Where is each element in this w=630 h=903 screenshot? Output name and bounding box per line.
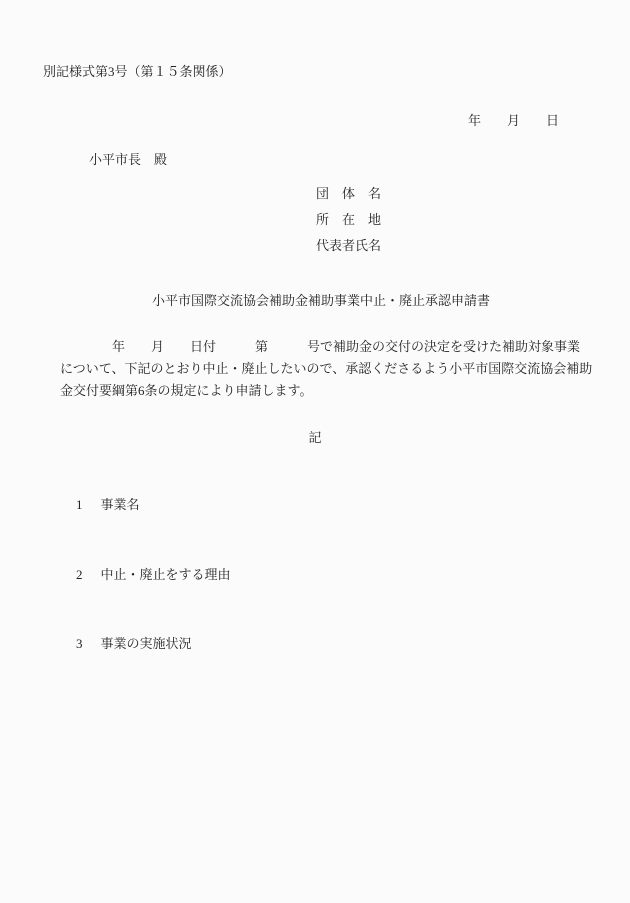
item-3-label: 事業の実施状況 [101, 636, 192, 651]
item-1-number: 1 [76, 497, 83, 512]
org-name-label: 団 体 名 [316, 186, 381, 201]
representative-name-label: 代表者氏名 [316, 238, 381, 253]
date-line: 年 月 日 [468, 113, 559, 128]
list-item-1: 1事業名 [63, 482, 140, 527]
ki-marker: 記 [0, 430, 630, 445]
list-item-3: 3事業の実施状況 [63, 621, 192, 666]
form-number: 別記様式第3号（第１５条関係） [43, 64, 232, 79]
body-paragraph-line-2: について、下記のとおり中止・廃止したいので、承認くださるよう小平市国際交流協会補… [60, 361, 592, 376]
document-page: 別記様式第3号（第１５条関係） 年 月 日 小平市長殿 団 体 名 所 在 地 … [0, 0, 630, 903]
item-2-number: 2 [76, 567, 83, 582]
body-paragraph-line-1: 年 月 日付 第 号で補助金の交付の決定を受けた補助対象事業 [60, 339, 580, 354]
document-title: 小平市国際交流協会補助金補助事業中止・廃止承認申請書 [12, 293, 630, 308]
addressee-honorific: 殿 [154, 152, 167, 167]
list-item-2: 2中止・廃止をする理由 [63, 552, 231, 597]
addressee-name: 小平市長 [89, 152, 141, 167]
item-1-label: 事業名 [101, 497, 140, 512]
org-address-label: 所 在 地 [316, 212, 381, 227]
item-3-number: 3 [76, 636, 83, 651]
body-paragraph-line-3: 金交付要綱第6条の規定により申請します。 [60, 383, 312, 398]
item-2-label: 中止・廃止をする理由 [101, 567, 231, 582]
addressee: 小平市長殿 [76, 137, 167, 182]
